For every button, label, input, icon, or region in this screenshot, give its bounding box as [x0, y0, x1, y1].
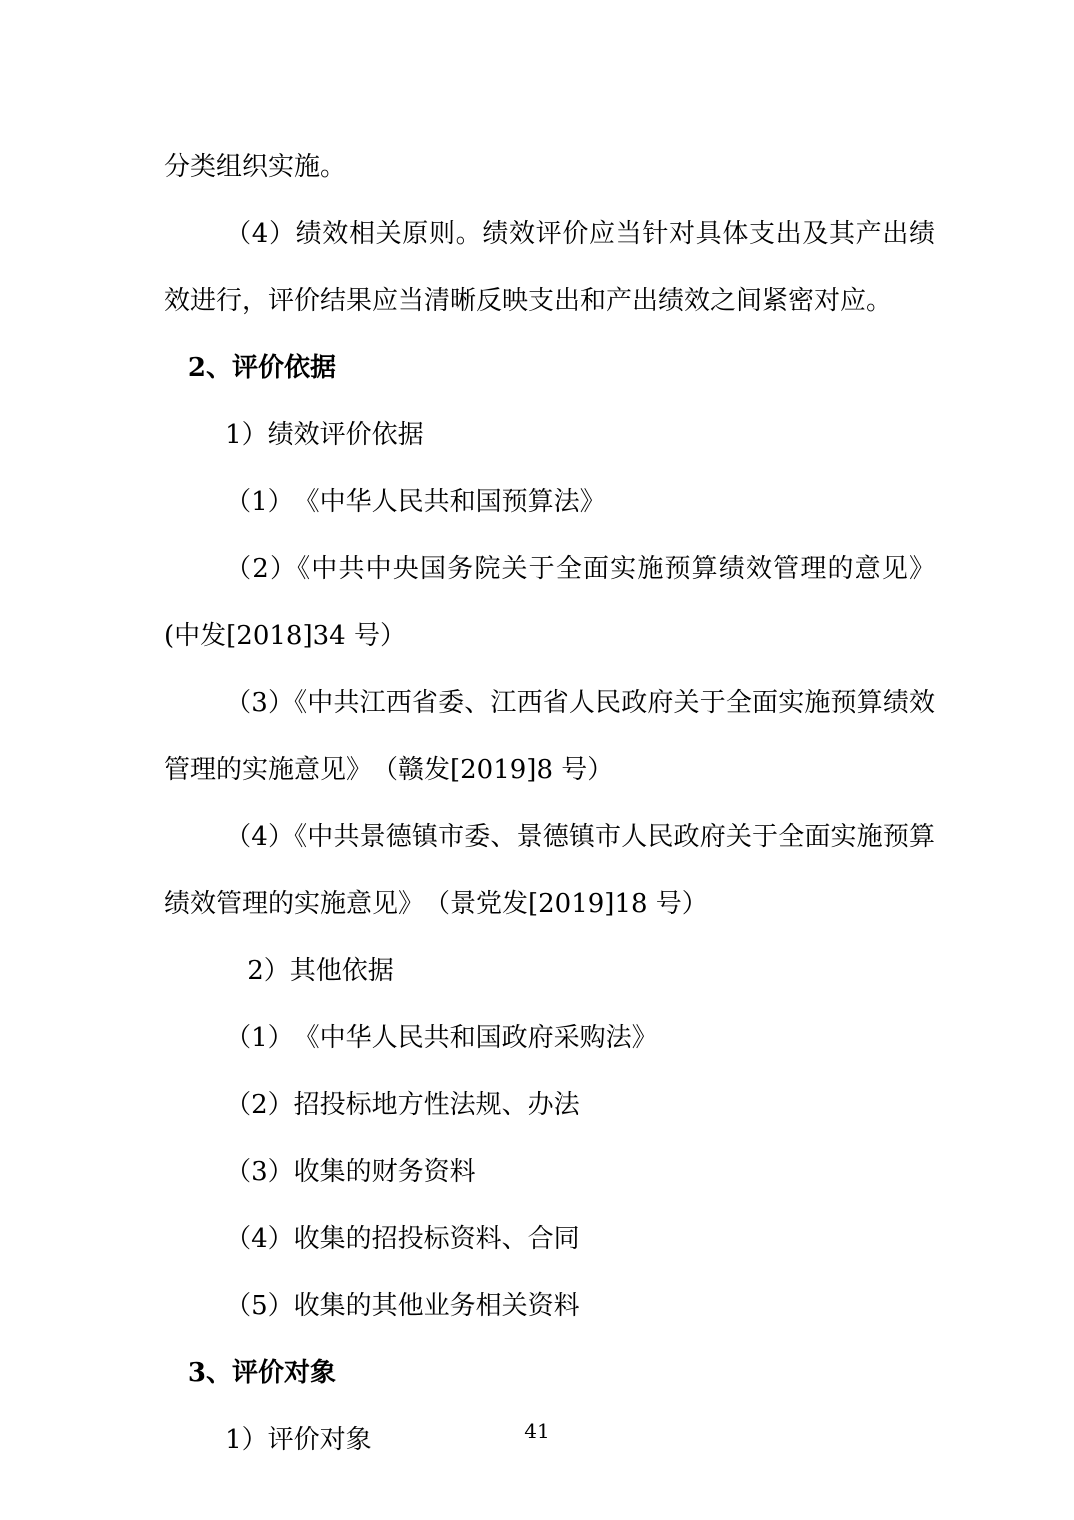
- paragraph-continuation: 分类组织实施。: [164, 134, 935, 201]
- list-item-jingdezhen-opinion: （4）《中共景德镇市委、景德镇市人民政府关于全面实施预算绩效管理的实施意见》 （…: [164, 804, 935, 938]
- list-item-procurement-law: （1） 《中华人民共和国政府采购法》: [164, 1005, 935, 1072]
- list-item-bidding-materials: （4）收集的招投标资料、合同: [164, 1206, 935, 1273]
- list-item-central-opinion: （2）《中共中央国务院关于全面实施预算绩效管理的意见》(中发[2018]34 号…: [164, 536, 935, 670]
- paragraph-principle-4: （4）绩效相关原则。绩效评价应当针对具体支出及其产出绩效进行，评价结果应当清晰反…: [164, 201, 935, 335]
- subsection-2-other-basis: 2）其他依据: [164, 938, 935, 1005]
- list-item-jiangxi-opinion: （3）《中共江西省委、江西省人民政府关于全面实施预算绩效管理的实施意见》 （赣发…: [164, 670, 935, 804]
- list-item-budget-law: （1） 《中华人民共和国预算法》: [164, 469, 935, 536]
- section-heading-3: 3、评价对象: [164, 1340, 935, 1407]
- document-body: 分类组织实施。 （4）绩效相关原则。绩效评价应当针对具体支出及其产出绩效进行，评…: [0, 0, 1074, 1474]
- document-page: 分类组织实施。 （4）绩效相关原则。绩效评价应当针对具体支出及其产出绩效进行，评…: [0, 0, 1074, 1520]
- subsection-1-evaluation-basis: 1）绩效评价依据: [164, 402, 935, 469]
- list-item-other-materials: （5）收集的其他业务相关资料: [164, 1273, 935, 1340]
- page-number: 41: [0, 1420, 1074, 1442]
- list-item-bidding-regulations: （2）招投标地方性法规、办法: [164, 1072, 935, 1139]
- list-item-financial-materials: （3）收集的财务资料: [164, 1139, 935, 1206]
- section-heading-2: 2、评价依据: [164, 335, 935, 402]
